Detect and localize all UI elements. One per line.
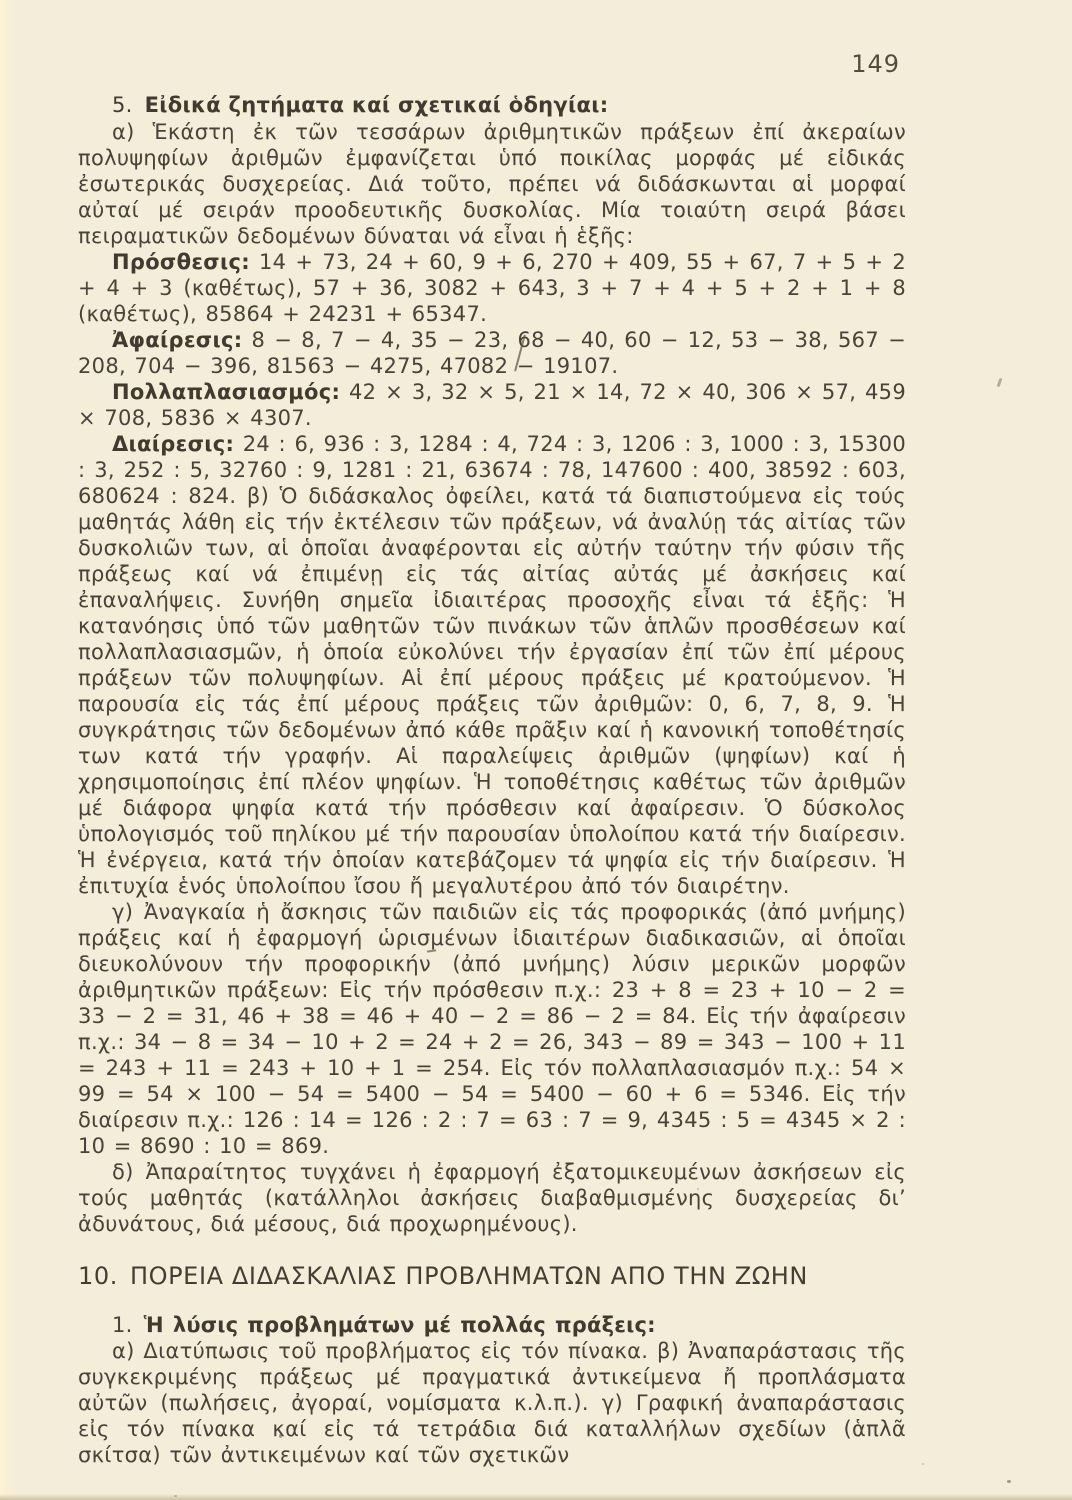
section-10-title: ΠΟΡΕΙΑ ΔΙΔΑΣΚΑΛΙΑΣ ΠΡΟΒΛΗΜΑΤΩΝ ΑΠΟ ΤΗΝ Ζ… bbox=[130, 1262, 808, 1290]
ink-speck bbox=[174, 1495, 177, 1497]
subsection-1-number: 1. bbox=[112, 1313, 144, 1337]
section-10-heading: 10.ΠΟΡΕΙΑ ΔΙΔΑΣΚΑΛΙΑΣ ΠΡΟΒΛΗΜΑΤΩΝ ΑΠΟ ΤΗ… bbox=[78, 1261, 906, 1291]
section-10-number: 10. bbox=[78, 1262, 130, 1290]
ink-speck bbox=[922, 1463, 924, 1465]
subtraction-label: Ἀφαίρεσις: bbox=[112, 328, 242, 352]
paragraph-individualized-exercises: δ) Ἀπαραίτητος τυγχάνει ἡ ἐφαρμογή ἐξατο… bbox=[78, 1159, 906, 1237]
section-5-number: 5. bbox=[112, 93, 145, 117]
paragraph-subtraction-exercises: Ἀφαίρεσις: 8 − 8, 7 − 4, 35 − 23, 68 − 4… bbox=[78, 327, 906, 379]
section-5-heading: 5.Εἰδικά ζητήματα καί σχετικαί ὁδηγίαι: bbox=[78, 92, 906, 119]
paragraph-problem-solving-steps: α) Διατύπωσις τοῦ προβλήματος εἰς τόν πί… bbox=[78, 1338, 906, 1468]
section-5-title: Εἰδικά ζητήματα καί σχετικαί ὁδηγίαι: bbox=[145, 93, 609, 117]
subsection-1-heading: 1.Ἡ λύσις προβλημάτων μέ πολλάς πράξεις: bbox=[78, 1312, 906, 1338]
scanned-book-page: 149 5.Εἰδικά ζητήματα καί σχετικαί ὁδηγί… bbox=[0, 0, 1072, 1500]
paragraph-addition-exercises: Πρόσθεσις: 14 + 73, 24 + 60, 9 + 6, 270 … bbox=[78, 249, 906, 327]
paragraph-division-exercises-and-errors: Διαίρεσις: 24 : 6, 936 : 3, 1284 : 4, 72… bbox=[78, 431, 906, 899]
paragraph-multiplication-exercises: Πολλαπλασιασμός: 42 × 3, 32 × 5, 21 × 14… bbox=[78, 379, 906, 431]
subsection-1-title: Ἡ λύσις προβλημάτων μέ πολλάς πράξεις: bbox=[144, 1313, 656, 1337]
page-content: 5.Εἰδικά ζητήματα καί σχετικαί ὁδηγίαι: … bbox=[78, 92, 906, 1468]
page-number: 149 bbox=[851, 50, 900, 78]
division-exercise-list: 24 : 6, 936 : 3, 1284 : 4, 724 : 3, 1206… bbox=[78, 432, 906, 898]
paragraph-oral-practice: γ) Ἀναγκαία ἡ ἄσκησις τῶν παιδιῶν εἰς τά… bbox=[78, 899, 906, 1159]
addition-label: Πρόσθεσις: bbox=[112, 250, 250, 274]
paragraph-special-issues: α) Ἑκάστη ἐκ τῶν τεσσάρων ἀριθμητικῶν πρ… bbox=[78, 119, 906, 249]
multiplication-label: Πολλαπλασιασμός: bbox=[112, 380, 340, 404]
stray-mark-artifact bbox=[997, 378, 1003, 387]
ink-speck bbox=[1007, 1480, 1011, 1483]
division-label: Διαίρεσις: bbox=[112, 432, 234, 456]
